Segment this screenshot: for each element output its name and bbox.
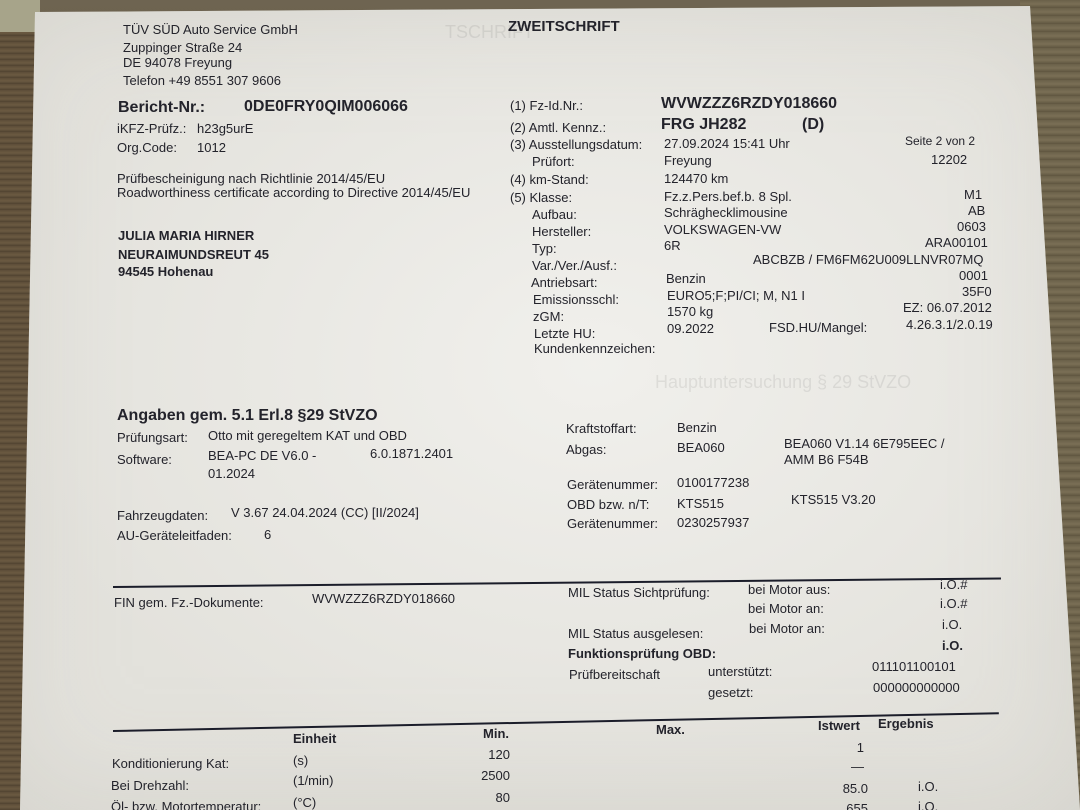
obd-tester-detail: KTS515 V3.20	[791, 492, 876, 507]
obd-tester-value: KTS515	[677, 496, 724, 511]
drive-value: Benzin	[666, 271, 706, 286]
page-indicator: Seite 2 von 2	[905, 134, 975, 148]
col-header-min: Min.	[483, 726, 509, 741]
variant-value: ABCBZB / FM6FM62U009LLNVR07MQ	[753, 252, 983, 267]
row-actual: —	[820, 759, 864, 774]
fuel-label: Kraftstoffart:	[566, 421, 637, 436]
fin-label: (1) Fz-Id.Nr.:	[510, 98, 583, 113]
last-hu-label: Letzte HU:	[534, 326, 595, 341]
row-min: 80	[450, 790, 510, 805]
first-registration: EZ: 06.07.2012	[903, 300, 992, 315]
type-value: 6R	[664, 238, 681, 253]
drive-code: 0001	[959, 268, 988, 283]
fin-doc-value: WVWZZZ6RZDY018660	[312, 591, 455, 606]
engine-on-result: i.O.#	[940, 596, 967, 611]
col-header-unit: Einheit	[293, 731, 336, 746]
fsd-label: FSD.HU/Mangel:	[769, 320, 867, 335]
set-value: 000000000000	[873, 680, 960, 695]
org-code-label: Org.Code:	[117, 140, 177, 155]
row-actual: 85.0	[820, 781, 868, 796]
report-number-label: Bericht-Nr.:	[118, 99, 205, 117]
owner-street: NEURAIMUNDSREUT 45	[118, 247, 269, 262]
last-hu-value: 09.2022	[667, 321, 714, 336]
software-date: 01.2024	[208, 466, 255, 481]
location-value: Freyung	[664, 153, 712, 168]
issuer-street: Zuppinger Straße 24	[123, 40, 242, 55]
mil-read-engine-on-label: bei Motor an:	[749, 621, 825, 636]
row-result: i.O.	[918, 799, 938, 810]
maker-code: 0603	[957, 219, 986, 234]
au-guide-value: 6	[264, 527, 271, 542]
issue-date-label: (3) Ausstellungsdatum:	[510, 137, 642, 152]
emission-label: Emissionsschl:	[533, 292, 619, 307]
software-value: BEA-PC DE V6.0 -	[208, 448, 316, 463]
ikfz-value: h23g5urE	[197, 121, 253, 136]
software-version: 6.0.1871.2401	[370, 446, 453, 461]
exhaust-value: BEA060	[677, 440, 725, 455]
class-value: Fz.z.Pers.bef.b. 8 Spl.	[664, 189, 792, 204]
type-code: ARA00101	[925, 235, 988, 250]
engine-off-label: bei Motor aus:	[748, 582, 830, 597]
function-test-result: i.O.	[942, 638, 963, 653]
maker-value: VOLKSWAGEN-VW	[664, 222, 781, 237]
emission-code: 35F0	[962, 284, 992, 299]
obd-tester-label: OBD bzw. n/T:	[567, 497, 649, 512]
row-result: i.O.	[918, 779, 938, 794]
issuer-city: DE 94078 Freyung	[123, 55, 232, 70]
engine-off-result: i.O.#	[940, 577, 967, 592]
plate-label: (2) Amtl. Kennz.:	[510, 120, 606, 135]
readiness-label: Prüfbereitschaft	[569, 667, 660, 682]
row-label: Konditionierung Kat:	[112, 756, 229, 771]
function-test-label: Funktionsprüfung OBD:	[568, 646, 716, 661]
km-label: (4) km-Stand:	[510, 172, 589, 187]
col-header-actual: Istwert	[818, 718, 860, 733]
weight-value: 1570 kg	[667, 304, 713, 319]
vehicle-data-value: V 3.67 24.04.2024 (CC) [II/2024]	[231, 505, 419, 520]
row-label: Bei Drehzahl:	[111, 778, 189, 793]
doc-title: ZWEITSCHRIFT	[508, 18, 620, 35]
row-unit: (s)	[293, 753, 308, 768]
fin-value: WVWZZZ6RZDY018660	[661, 95, 837, 113]
ikfz-label: iKFZ-Prüfz.:	[117, 121, 186, 136]
row-actual: 655	[820, 801, 868, 810]
issuer-phone: Telefon +49 8551 307 9606	[123, 73, 281, 88]
mil-read-label: MIL Status ausgelesen:	[568, 626, 703, 641]
class-code: M1	[964, 187, 982, 202]
exhaust-detail-1: BEA060 V1.14 6E795EEC /	[784, 436, 944, 451]
emission-value: EURO5;F;PI/CI; M, N1 I	[667, 288, 805, 303]
device1-value: 0100177238	[677, 475, 749, 490]
fsd-value: 4.26.3.1/2.0.19	[906, 317, 993, 332]
background-top-left	[0, 0, 40, 32]
exhaust-detail-2: AMM B6 F54B	[784, 452, 869, 467]
mil-visual-label: MIL Status Sichtprüfung:	[568, 585, 710, 600]
col-header-result: Ergebnis	[878, 716, 934, 731]
supported-value: 011101100101	[872, 659, 956, 674]
class-label: (5) Klasse:	[510, 190, 572, 205]
row-min: 2500	[450, 768, 510, 783]
software-label: Software:	[117, 452, 172, 467]
row-label: Öl- bzw. Motortemperatur:	[111, 799, 261, 810]
set-label: gesetzt:	[708, 685, 754, 700]
issuer-name: TÜV SÜD Auto Service GmbH	[123, 22, 298, 37]
device2-value: 0230257937	[677, 515, 749, 530]
drive-label: Antriebsart:	[531, 275, 597, 290]
location-code: 12202	[931, 152, 967, 167]
row-unit: (°C)	[293, 795, 316, 810]
cert-title-en: Roadworthiness certificate according to …	[117, 185, 470, 200]
device1-label: Gerätenummer:	[567, 477, 658, 492]
mil-read-result: i.O.	[942, 617, 962, 632]
section-title: Angaben gem. 5.1 Erl.8 §29 StVZO	[117, 407, 378, 425]
maker-label: Hersteller:	[532, 224, 591, 239]
plate-country: (D)	[802, 116, 824, 134]
supported-label: unterstützt:	[708, 664, 772, 679]
vehicle-data-label: Fahrzeugdaten:	[117, 508, 208, 523]
report-number: 0DE0FRY0QIM006066	[244, 98, 408, 116]
engine-on-label: bei Motor an:	[748, 601, 824, 616]
org-code-value: 1012	[197, 140, 226, 155]
type-label: Typ:	[532, 241, 557, 256]
row-unit: (1/min)	[293, 773, 333, 788]
cert-title-de: Prüfbescheinigung nach Richtlinie 2014/4…	[117, 171, 385, 186]
device2-label: Gerätenummer:	[567, 516, 658, 531]
body-value: Schräghecklimousine	[664, 205, 788, 220]
customer-plate-label: Kundenkennzeichen:	[534, 341, 655, 356]
variant-label: Var./Ver./Ausf.:	[532, 258, 617, 273]
exhaust-label: Abgas:	[566, 442, 606, 457]
issue-date-value: 27.09.2024 15:41 Uhr	[664, 136, 790, 151]
body-code: AB	[968, 203, 985, 218]
col-header-max: Max.	[656, 722, 685, 737]
body-label: Aufbau:	[532, 207, 577, 222]
weight-label: zGM:	[533, 309, 564, 324]
owner-city: 94545 Hohenau	[118, 264, 213, 279]
au-guide-label: AU-Geräteleitfaden:	[117, 528, 232, 543]
fin-doc-label: FIN gem. Fz.-Dokumente:	[114, 595, 264, 610]
row-min: 120	[450, 747, 510, 762]
location-label: Prüfort:	[532, 154, 575, 169]
fuel-value: Benzin	[677, 420, 717, 435]
row-actual: 1	[820, 740, 864, 755]
plate-value: FRG JH282	[661, 116, 746, 134]
owner-name: JULIA MARIA HIRNER	[118, 228, 254, 243]
km-value: 124470 km	[664, 171, 728, 186]
test-type-value: Otto mit geregeltem KAT und OBD	[208, 428, 407, 443]
test-type-label: Prüfungsart:	[117, 430, 188, 445]
